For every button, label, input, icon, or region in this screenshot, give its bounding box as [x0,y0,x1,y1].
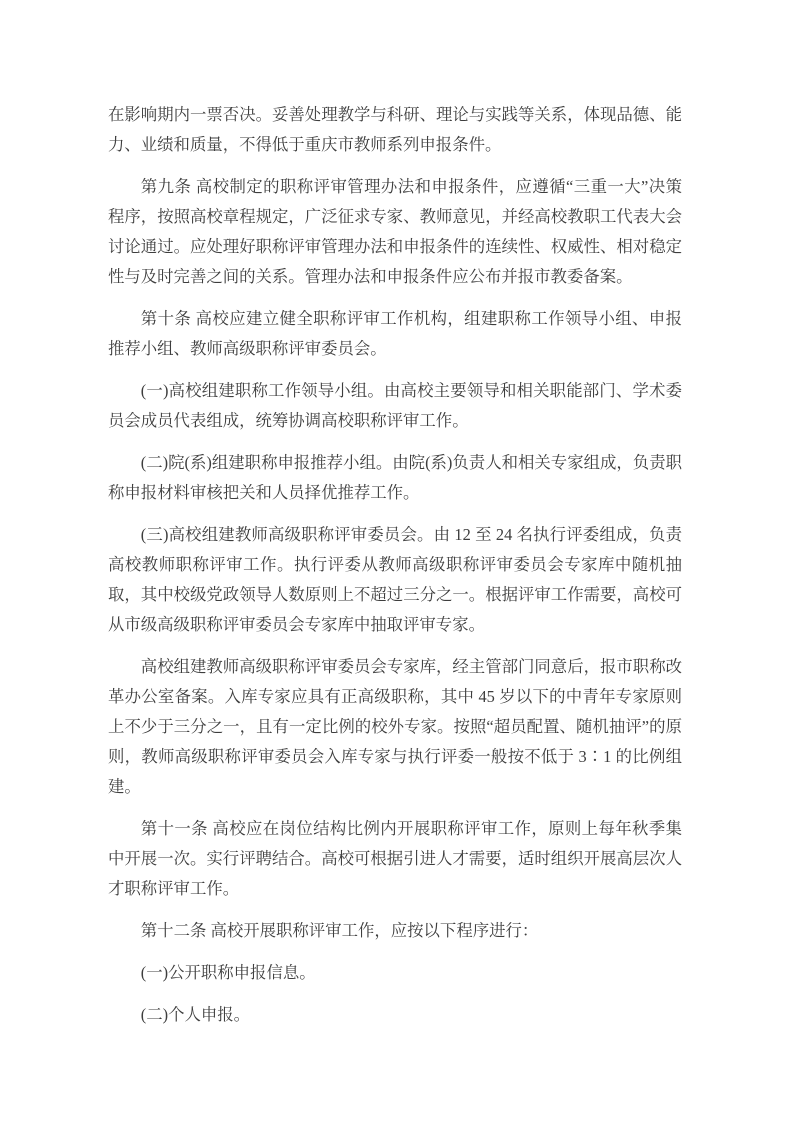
paragraph-article-10: 第十条 高校应建立健全职称评审工作机构，组建职称工作领导小组、申报推荐小组、教师… [108,304,682,364]
paragraph-article-11: 第十一条 高校应在岗位结构比例内开展职称评审工作，原则上每年秋季集中开展一次。实… [108,814,682,904]
paragraph-article-12: 第十二条 高校开展职称评审工作，应按以下程序进行： [108,916,682,946]
paragraph-expert-pool: 高校组建教师高级职称评审委员会专家库，经主管部门同意后，报市职称改革办公室备案。… [108,652,682,802]
paragraph-item-1: (一)高校组建职称工作领导小组。由高校主要领导和相关职能部门、学术委员会成员代表… [108,376,682,436]
paragraph-item-2: (二)院(系)组建职称申报推荐小组。由院(系)负责人和相关专家组成，负责职称申报… [108,448,682,508]
paragraph-procedure-2: (二)个人申报。 [108,1000,682,1030]
paragraph-article-9: 第九条 高校制定的职称评审管理办法和申报条件，应遵循“三重一大”决策程序，按照高… [108,172,682,292]
document-page: 在影响期内一票否决。妥善处理教学与科研、理论与实践等关系，体现品德、能力、业绩和… [0,0,793,1122]
paragraph: 在影响期内一票否决。妥善处理教学与科研、理论与实践等关系，体现品德、能力、业绩和… [108,100,682,160]
paragraph-procedure-1: (一)公开职称申报信息。 [108,958,682,988]
document-body: 在影响期内一票否决。妥善处理教学与科研、理论与实践等关系，体现品德、能力、业绩和… [108,100,682,1030]
paragraph-item-3: (三)高校组建教师高级职称评审委员会。由 12 至 24 名执行评委组成，负责高… [108,520,682,640]
